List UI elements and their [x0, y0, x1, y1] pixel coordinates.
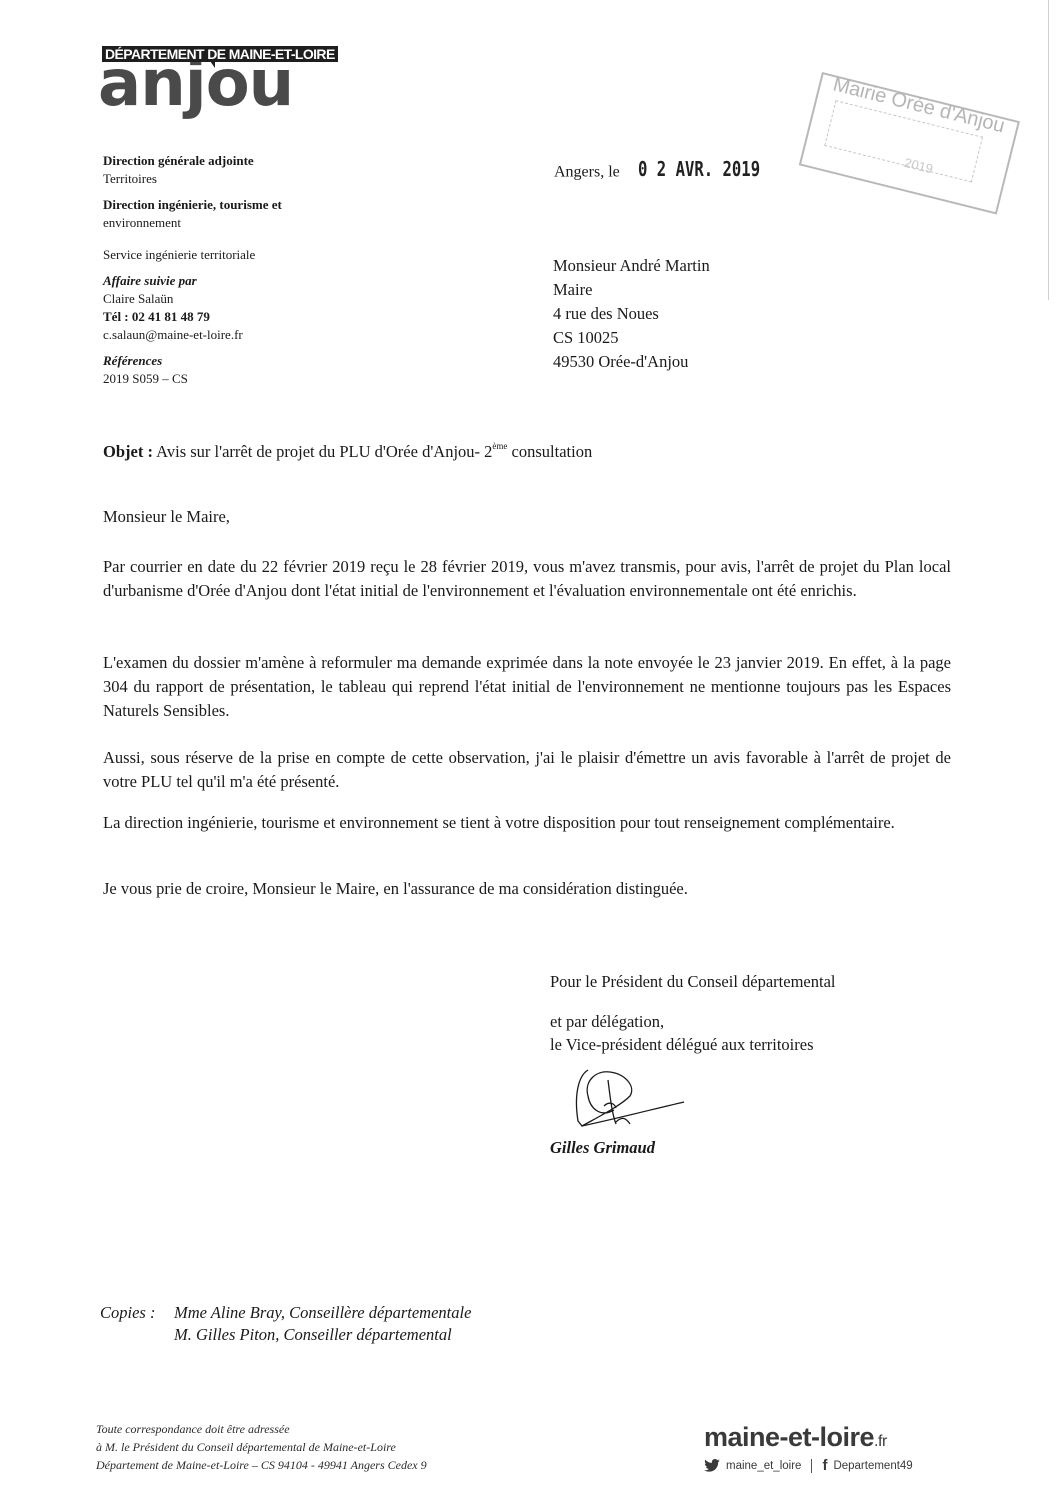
recipient-line: CS 10025 [553, 326, 710, 350]
recipient-line: 4 rue des Noues [553, 302, 710, 326]
body-paragraph: Je vous prie de croire, Monsieur le Mair… [103, 877, 951, 901]
handwritten-signature-icon [570, 1066, 690, 1136]
twitter-handle[interactable]: maine_et_loire [726, 1460, 801, 1472]
footer-address: Toute correspondance doit être adressée … [96, 1420, 427, 1474]
salutation: Monsieur le Maire, [103, 507, 230, 527]
signature-line-1: Pour le Président du Conseil département… [550, 970, 835, 993]
signature-block: Pour le Président du Conseil département… [550, 970, 835, 1056]
footer-address-line: Département de Maine-et-Loire – CS 94104… [96, 1456, 427, 1474]
recipient-address: Monsieur André Martin Maire 4 rue des No… [553, 254, 710, 374]
sender-dga: Direction générale adjointe [103, 152, 363, 170]
contact-name: Claire Salaün [103, 290, 363, 308]
references-value: 2019 S059 – CS [103, 370, 363, 388]
twitter-bird-icon [704, 1459, 720, 1472]
contact-email: c.salaun@maine-et-loire.fr [103, 326, 363, 344]
letter-subject: Objet : Avis sur l'arrêt de projet du PL… [103, 441, 592, 462]
sender-service: Service ingénierie territoriale [103, 246, 363, 264]
signer-name: Gilles Grimaud [550, 1138, 655, 1158]
body-paragraph: La direction ingénierie, tourisme et env… [103, 811, 951, 835]
subject-text: Avis sur l'arrêt de projet du PLU d'Orée… [156, 442, 492, 461]
website-name: maine-et-loire [704, 1422, 874, 1452]
recipient-line: Monsieur André Martin [553, 254, 710, 278]
subject-text-end: consultation [512, 442, 593, 461]
subject-sup: ème [492, 441, 507, 451]
sender-block: Direction générale adjointe Territoires … [103, 152, 363, 388]
footer-address-line: à M. le Président du Conseil département… [96, 1438, 427, 1456]
recipient-line: 49530 Orée-d'Anjou [553, 350, 710, 374]
copies-block: Copies :Mme Aline Bray, Conseillère dépa… [100, 1302, 471, 1346]
body-paragraph: L'examen du dossier m'amène à reformuler… [103, 651, 951, 723]
copy-recipient: Mme Aline Bray, Conseillère départementa… [174, 1303, 471, 1322]
body-paragraph: Aussi, sous réserve de la prise en compt… [103, 746, 951, 794]
affaire-label: Affaire suivie par [103, 272, 363, 290]
website-tld: .fr [874, 1433, 887, 1450]
footer-web-block: maine-et-loire.fr maine_et_loire f Depar… [704, 1422, 913, 1474]
date-prefix: Angers, le [554, 163, 620, 180]
recipient-line: Maire [553, 278, 710, 302]
facebook-page[interactable]: Departement49 [833, 1460, 912, 1472]
body-paragraph: Par courrier en date du 22 février 2019 … [103, 555, 951, 603]
subject-label: Objet : [103, 442, 153, 461]
signature-line-2: et par délégation, [550, 1010, 835, 1033]
social-links: maine_et_loire f Departement49 [704, 1457, 913, 1474]
sender-dga-sub: Territoires [103, 170, 363, 188]
facebook-f-icon: f [822, 1457, 827, 1474]
reception-stamp: Mairie Orée d'Anjou 2019 [799, 72, 1020, 215]
logo-banner-notch [210, 61, 215, 68]
date-stamped: 0 2 AVR. 2019 [638, 157, 760, 181]
contact-phone: Tél : 02 41 81 48 79 [103, 308, 363, 326]
signature-line-3: le Vice-président délégué aux territoire… [550, 1033, 835, 1056]
copies-label: Copies : [100, 1302, 174, 1324]
copy-recipient: M. Gilles Piton, Conseiller départementa… [100, 1324, 471, 1346]
sender-direction-cont: environnement [103, 214, 363, 232]
logo-banner: DÉPARTEMENT DE MAINE-ET-LOIRE [102, 46, 338, 62]
footer-address-line: Toute correspondance doit être adressée [96, 1420, 427, 1438]
logo-banner-text: DÉPARTEMENT DE MAINE-ET-LOIRE [105, 46, 335, 62]
scan-edge-line [1048, 0, 1049, 300]
footer-separator [811, 1459, 812, 1473]
sender-direction: Direction ingénierie, tourisme et [103, 196, 363, 214]
website-link[interactable]: maine-et-loire.fr [704, 1422, 913, 1453]
references-label: Références [103, 352, 363, 370]
letter-date: Angers, le 0 2 AVR. 2019 [554, 157, 794, 181]
